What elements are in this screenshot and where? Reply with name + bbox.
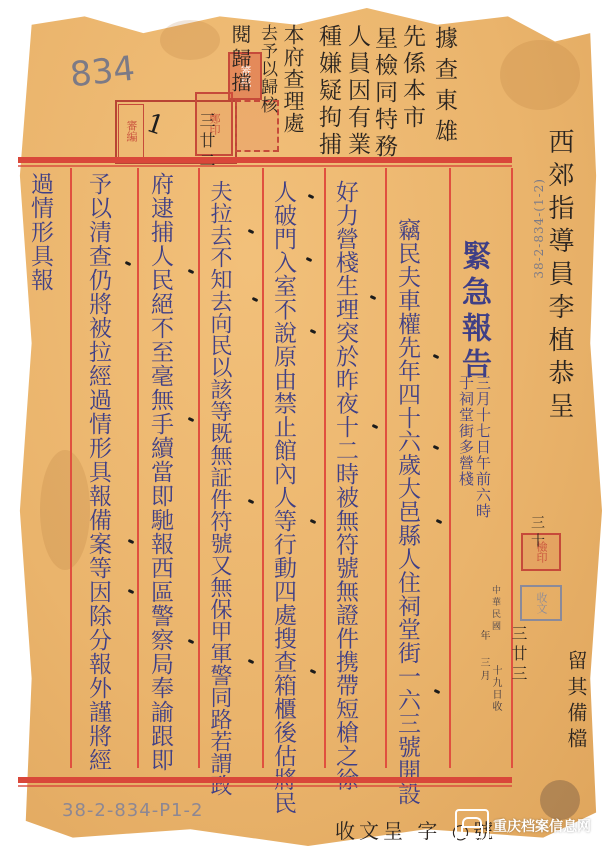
addressee-line: 西郊指導員李植恭呈 bbox=[546, 128, 572, 425]
header-column-2: 先係本市 bbox=[400, 24, 423, 132]
report-subtitle-time: 三月十七日午前六時 bbox=[475, 375, 490, 519]
footer-archive-code: 38-2-834-P1-2 bbox=[62, 800, 203, 821]
header-column-5: 種嫌疑拘捕 bbox=[316, 24, 339, 159]
header-column-3: 星檢同特務 bbox=[372, 26, 395, 161]
header-signature-mark: 三廿二 bbox=[198, 112, 214, 172]
archive-building-icon bbox=[455, 809, 489, 843]
body-column-4: 夫拉去不知去向民以該等既無証件符號又無保甲軍警同路若謂政 bbox=[208, 180, 230, 796]
column-rule bbox=[324, 168, 326, 768]
body-column-3: 人破門入室不說原由禁止館內人等行動四處搜查箱櫃後估將民 bbox=[271, 180, 294, 815]
stain bbox=[160, 20, 220, 60]
header-column-7: 去予以歸核 bbox=[258, 24, 275, 114]
body-column-6: 予以清查仍將被拉經過情形具報備案等因除分報外謹將經 bbox=[86, 172, 109, 772]
received-stamp-line1: 中華民國 bbox=[490, 585, 499, 633]
top-red-rule-thin bbox=[18, 165, 512, 167]
header-column-1: 據查東雄 bbox=[432, 26, 455, 150]
header-column-4: 人員因有業 bbox=[345, 24, 368, 159]
column-rule bbox=[262, 168, 264, 768]
body-column-7: 過情形具報 bbox=[28, 172, 51, 292]
body-column-1: 竊民夫車權先年四十六歲大邑縣人住祠堂街一六三號開設 bbox=[395, 218, 418, 806]
received-stamp-line3: 十九日收 bbox=[490, 665, 500, 713]
bottom-red-rule bbox=[18, 777, 512, 783]
pencil-file-number: 834 bbox=[68, 52, 136, 93]
date-mark: 三廿三 bbox=[510, 625, 526, 685]
stain bbox=[500, 40, 580, 110]
watermark-title: 重庆档案信息网 bbox=[493, 816, 591, 836]
watermark: 重庆档案信息网 bbox=[455, 808, 605, 844]
body-column-5: 府逮捕人民絕不至毫無手續當即馳報西區警察局奉諭跟即 bbox=[148, 172, 171, 772]
header-column-8: 閱歸擋 bbox=[230, 24, 250, 96]
archive-code-vertical: 38-2-834-(1-2) bbox=[533, 178, 545, 279]
column-rule bbox=[70, 168, 72, 768]
body-column-2: 好力營棧生理突於昨夜十二時被無符號無證件携帶短槍之徐 bbox=[333, 180, 356, 791]
top-red-rule bbox=[18, 157, 512, 163]
bottom-red-rule-thin bbox=[18, 785, 512, 787]
report-subtitle-place: 于祠堂街多營棧 bbox=[458, 375, 473, 487]
column-rule bbox=[385, 168, 387, 768]
received-stamp-line2: 年 三月 bbox=[478, 630, 488, 683]
column-rule bbox=[198, 168, 200, 768]
file-box-label: 審編 bbox=[118, 104, 144, 158]
header-column-6: 本府查理處 bbox=[282, 24, 303, 134]
stain bbox=[40, 450, 90, 570]
seal-signature: 三十 bbox=[530, 515, 544, 551]
column-rule bbox=[449, 168, 451, 768]
seal-gray-right: 收文 bbox=[520, 585, 562, 621]
column-rule bbox=[137, 168, 139, 768]
filing-note: 留其備檔 bbox=[566, 650, 586, 754]
report-title: 緊急報告 bbox=[458, 240, 488, 384]
